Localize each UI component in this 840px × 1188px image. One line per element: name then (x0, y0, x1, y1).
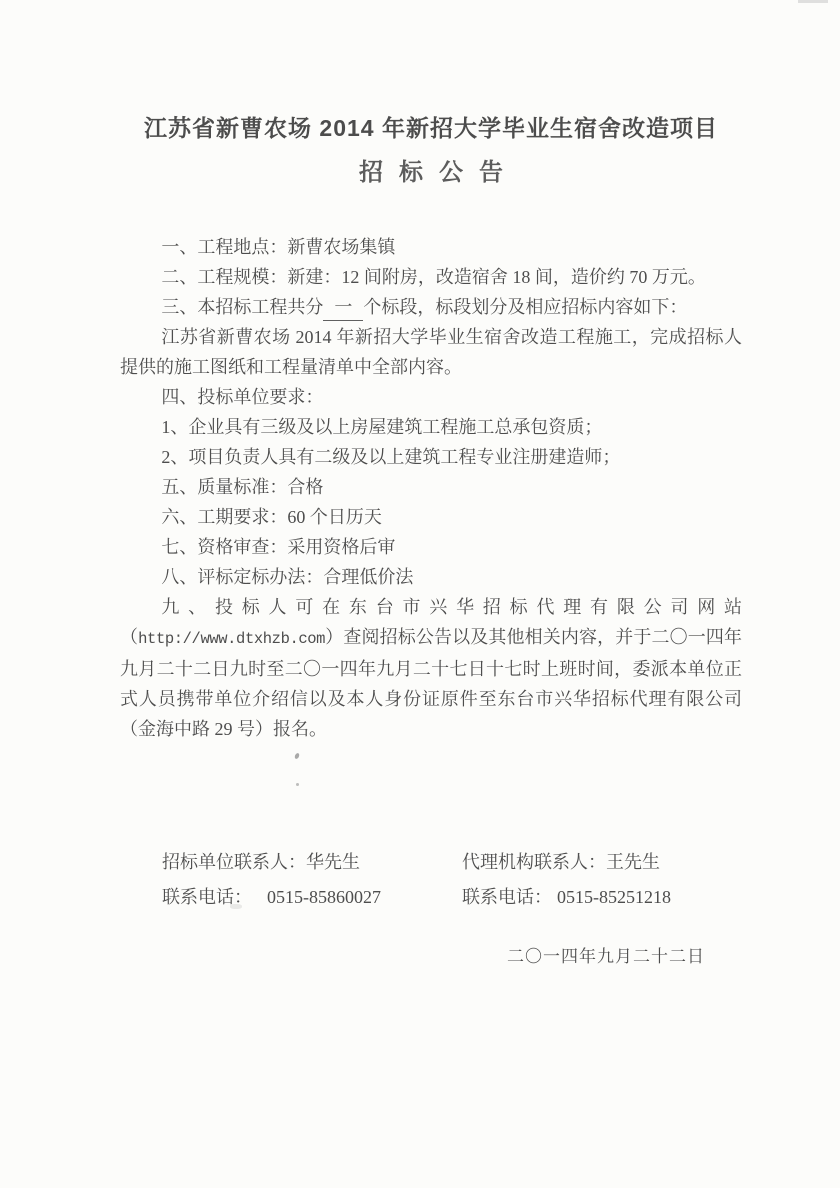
tenderer-phone-number: 0515-85860027 (267, 887, 381, 907)
document-date: 二〇一四年九月二十二日 (120, 942, 742, 967)
document-title: 江苏省新曹农场 2014 年新招大学毕业生宿舍改造项目 (120, 112, 742, 144)
document-body: 一、工程地点：新曹农场集镇 二、工程规模：新建：12 间附房，改造宿舍 18 间… (120, 232, 742, 744)
tender-announcement-document: 江苏省新曹农场 2014 年新招大学毕业生宿舍改造项目 招标公告 一、工程地点：… (120, 112, 742, 967)
item-evaluation-method: 八、评标定标办法：合理低价法 (120, 562, 742, 592)
item-bid-sections: 三、本招标工程共分一个标段，标段划分及相应招标内容如下： (120, 292, 742, 322)
tenderer-contact-phone: 联系电话：0515-85860027 (162, 883, 381, 909)
item-quality-standard: 五、质量标准：合格 (120, 472, 742, 502)
bid-sections-suffix: 个标段，标段划分及相应招标内容如下： (363, 297, 687, 317)
item-bidder-requirements-heading: 四、投标单位要求： (120, 382, 742, 412)
agency-phone-number: 0515-85251218 (557, 887, 671, 907)
scan-smudge (230, 904, 242, 909)
scan-speck (296, 783, 299, 786)
scanned-page: 江苏省新曹农场 2014 年新招大学毕业生宿舍改造项目 招标公告 一、工程地点：… (0, 0, 840, 1188)
agency-contact-phone: 联系电话：0515-85251218 (462, 883, 671, 909)
scan-edge-smudge (798, 0, 828, 3)
item-requirement-qualification-grade: 1、企业具有三级及以上房屋建筑工程施工总承包资质； (120, 412, 742, 442)
bid-sections-count-underlined: 一 (323, 294, 363, 321)
tenderer-contact-name: 华先生 (306, 852, 360, 872)
paragraph-project-scope: 江苏省新曹农场 2014 年新招大学毕业生宿舍改造工程施工，完成招标人提供的施工… (120, 322, 742, 382)
item-requirement-project-manager: 2、项目负责人具有二级及以上建筑工程专业注册建造师； (120, 442, 742, 472)
agency-website-url: http://www.dtxhzb.com (138, 630, 325, 648)
tenderer-contact-person: 招标单位联系人：华先生 (162, 848, 360, 874)
agency-contact-person: 代理机构联系人：王先生 (462, 848, 660, 874)
contact-section: 招标单位联系人：华先生 代理机构联系人：王先生 联系电话：0515-858600… (120, 848, 742, 918)
contact-persons-row: 招标单位联系人：华先生 代理机构联系人：王先生 (120, 848, 742, 883)
agency-contact-name: 王先生 (606, 852, 660, 872)
document-subtitle: 招标公告 (120, 158, 742, 188)
agency-phone-label: 联系电话： (462, 887, 552, 907)
item-construction-period: 六、工期要求：60 个日历天 (120, 502, 742, 532)
agency-contact-label: 代理机构联系人： (462, 852, 606, 872)
item-qualification-review: 七、资格审查：采用资格后审 (120, 532, 742, 562)
contact-phones-row: 联系电话：0515-85860027 联系电话：0515-85251218 (120, 883, 742, 918)
item-project-scale: 二、工程规模：新建：12 间附房，改造宿舍 18 间，造价约 70 万元。 (120, 262, 742, 292)
tenderer-contact-label: 招标单位联系人： (162, 852, 306, 872)
item-registration-instructions: 九、投标人可在东台市兴华招标代理有限公司网站（http://www.dtxhzb… (120, 592, 742, 744)
item-project-location: 一、工程地点：新曹农场集镇 (120, 232, 742, 262)
bid-sections-prefix: 三、本招标工程共分 (161, 297, 323, 317)
